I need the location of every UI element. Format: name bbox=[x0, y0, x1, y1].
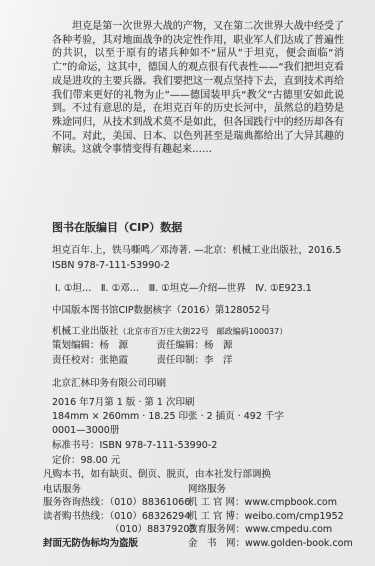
format-line: 184mm × 260mm · 18.25 印张 · 2 插页 · 492 千字 bbox=[52, 411, 284, 422]
edition-line: 2016 年7月第 1 版 · 第 1 次印刷 bbox=[52, 397, 194, 408]
network-service-line: 机 工 官 网：www.cmpbook.com bbox=[188, 496, 353, 509]
publisher-address: （北京市百万庄大街22号 邮政编码100037） bbox=[119, 327, 288, 336]
book-copyright-page: 坦克是第一次世界大战的产物，又在第二次世界大战中经受了各种考验，其对地面战争的决… bbox=[0, 0, 375, 566]
network-service-column: 网络服务 机 工 官 网：www.cmpbook.com 机 工 官 博：wei… bbox=[188, 483, 353, 550]
staff-line-1: 策划编辑：杨 源 责任编辑：杨 源 bbox=[52, 340, 233, 351]
network-service-line: 教育服务网：www.cmpedu.com bbox=[188, 523, 353, 536]
cip-header: 图书在版编目（CIP）数据 bbox=[52, 221, 182, 234]
network-service-line: 金 书 网：www.golden-book.com bbox=[188, 537, 353, 550]
intro-paragraph: 坦克是第一次世界大战的产物，又在第二次世界大战中经受了各种考验，其对地面战争的决… bbox=[52, 20, 344, 157]
phone-service-line: 读者购书热线：（010）68326294 bbox=[43, 510, 196, 523]
phone-service-line: 服务咨询热线：（010）88361066 bbox=[43, 496, 196, 509]
cip-record-line: 中国版本图书馆CIP数据核字（2016）第128052号 bbox=[52, 305, 270, 316]
print-run-line: 0001—3000册 bbox=[52, 425, 119, 436]
staff-line-2: 责任校对：张艳霞 责任印制：李 洋 bbox=[52, 355, 233, 366]
phone-service-column: 电话服务 服务咨询热线：（010）88361066 读者购书热线：（010）68… bbox=[43, 483, 196, 550]
anti-piracy-notice: 封面无防伪标均为盗版 bbox=[43, 537, 196, 550]
cip-isbn-line: ISBN 978-7-111-53990-2 bbox=[52, 260, 170, 271]
network-service-header: 网络服务 bbox=[188, 483, 353, 496]
network-service-line: 机 工 官 博：weibo.com/cmp1952 bbox=[188, 510, 353, 523]
phone-service-header: 电话服务 bbox=[43, 483, 196, 496]
cip-classification-line: Ⅰ. ①坦… Ⅱ. ①邓… Ⅲ. ①坦克—介绍—世界 Ⅳ. ①E923.1 bbox=[55, 283, 312, 294]
standard-isbn-line: 标准书号：ISBN 978-7-111-53990-2 bbox=[52, 440, 217, 451]
phone-service-line: （010）88379203 bbox=[43, 523, 196, 536]
publisher-name: 机械工业出版社 bbox=[52, 326, 119, 337]
exchange-notice: 凡购本书，如有缺页、倒页、脱页，由本社发行部调换 bbox=[43, 469, 271, 480]
cip-title-line: 坦克百年.上，铁马嘶鸣／邓涛著. —北京：机械工业出版社，2016.5 bbox=[52, 245, 341, 256]
printer-line: 北京汇林印务有限公司印刷 bbox=[52, 378, 166, 389]
price-line: 定价：98.00 元 bbox=[52, 455, 120, 466]
publisher-line: 机械工业出版社（北京市百万庄大街22号 邮政编码100037） bbox=[52, 326, 287, 337]
